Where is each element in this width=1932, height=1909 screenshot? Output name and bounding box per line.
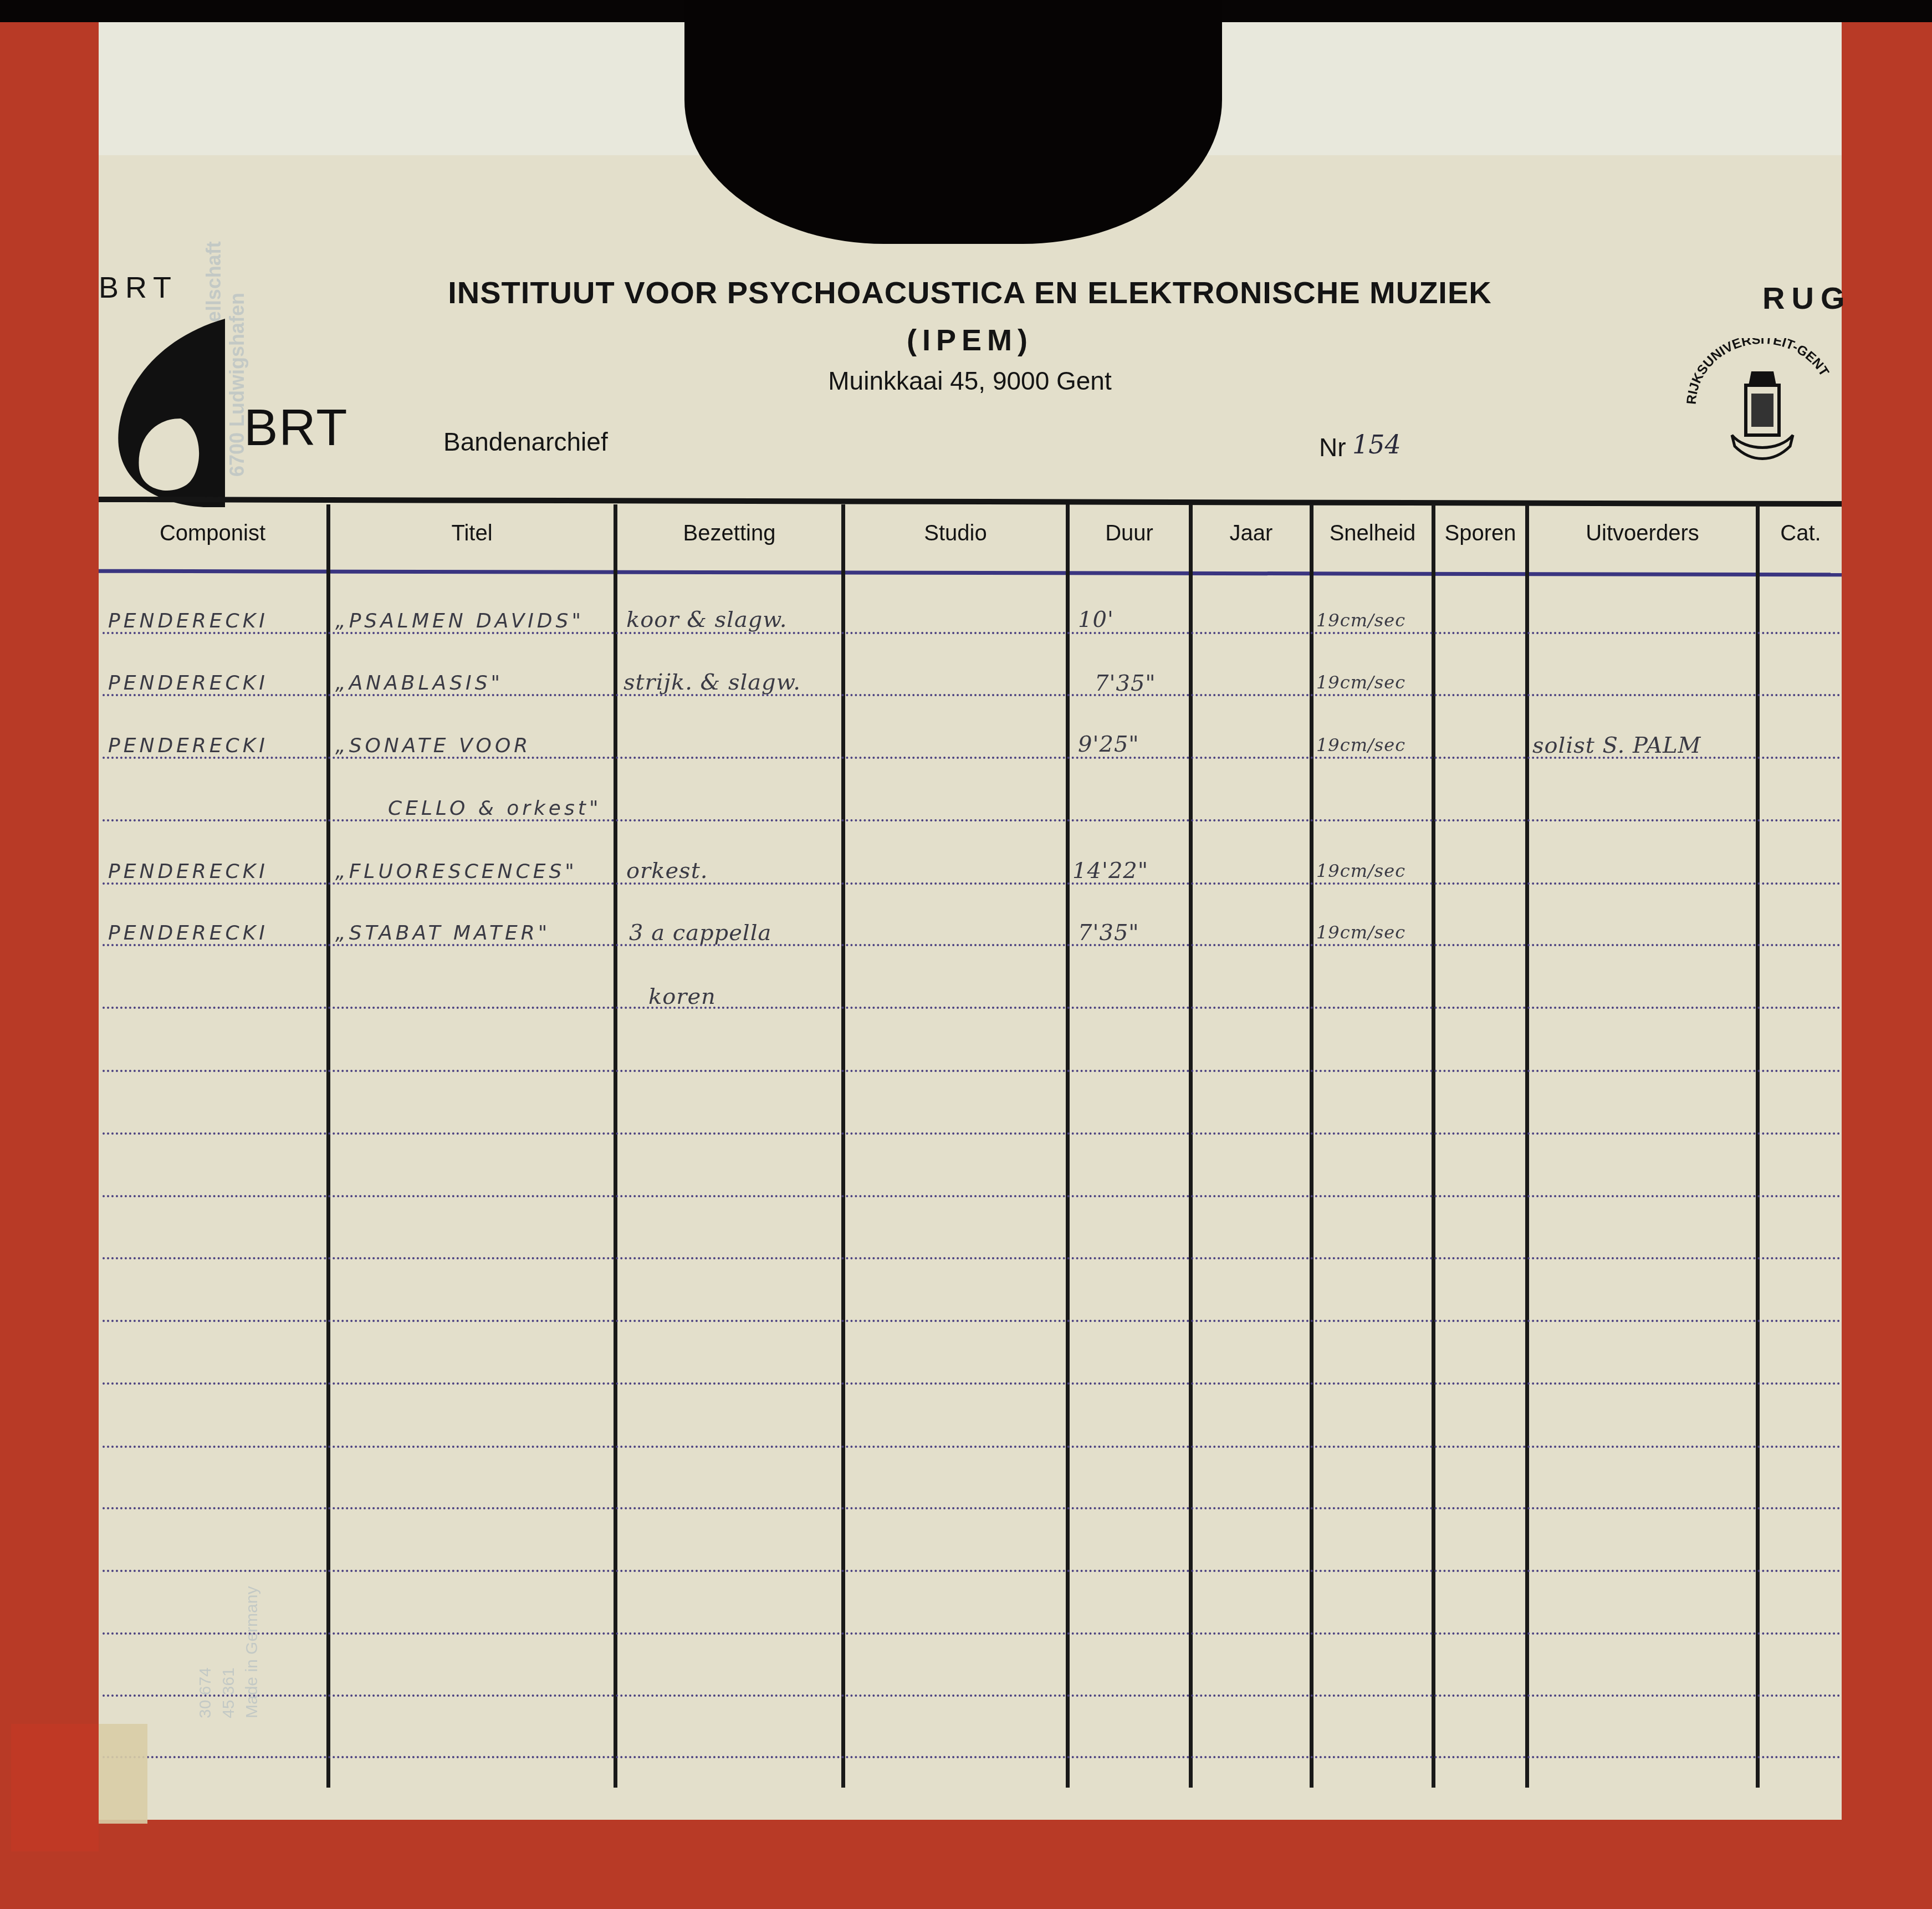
cell-componist: PENDERECKI bbox=[108, 922, 268, 945]
column-header-duur: Duur bbox=[1070, 521, 1189, 546]
cell-snelheid: 19cm/sec bbox=[1316, 610, 1405, 631]
row-rule bbox=[103, 1694, 1842, 1697]
row-rule bbox=[103, 1132, 1842, 1135]
column-header-cat: Cat. bbox=[1760, 521, 1842, 546]
row-rule bbox=[103, 1257, 1842, 1259]
cell-componist: PENDERECKI bbox=[108, 672, 268, 695]
column-divider bbox=[326, 504, 330, 1788]
column-divider bbox=[1432, 504, 1435, 1788]
column-divider bbox=[1310, 504, 1313, 1788]
column-divider bbox=[841, 504, 845, 1788]
column-divider bbox=[614, 504, 617, 1788]
cell-duur: 9'25" bbox=[1078, 732, 1139, 757]
row-rule bbox=[103, 1446, 1842, 1448]
row-rule bbox=[103, 1007, 1842, 1009]
column-header-sporen: Sporen bbox=[1435, 521, 1525, 546]
cell-bezetting: koren bbox=[648, 984, 716, 1009]
cell-titel: „SONATE VOOR bbox=[335, 734, 531, 757]
archive-label: Bandenarchief bbox=[443, 427, 608, 457]
column-header-bezetting: Bezetting bbox=[617, 521, 841, 546]
institute-name: INSTITUUT VOOR PSYCHOACUSTICA EN ELEKTRO… bbox=[388, 274, 1552, 310]
column-header-snelheid: Snelheid bbox=[1313, 521, 1432, 546]
institute-address: Muinkkaai 45, 9000 Gent bbox=[388, 366, 1552, 396]
row-rule bbox=[103, 1320, 1842, 1322]
cell-duur: 7'35" bbox=[1078, 920, 1139, 946]
row-rule bbox=[103, 1382, 1842, 1385]
number-label: Nr bbox=[1319, 432, 1346, 462]
watermark-line: 30 674 bbox=[194, 1519, 217, 1718]
cell-duur: 10' bbox=[1078, 607, 1114, 632]
row-rule bbox=[103, 819, 1842, 821]
cell-snelheid: 19cm/sec bbox=[1316, 922, 1405, 943]
row-rule bbox=[103, 1070, 1842, 1072]
column-divider bbox=[1066, 504, 1070, 1788]
cell-uitvoerders: solist S. PALM bbox=[1532, 733, 1701, 758]
cell-duur: 14'22" bbox=[1072, 858, 1148, 884]
brt-logo-icon bbox=[114, 319, 225, 507]
university-seal-icon: RIJKSUNIVERSITEIT-GENT bbox=[1679, 338, 1846, 471]
column-divider bbox=[1525, 504, 1529, 1788]
row-rule bbox=[103, 1632, 1842, 1635]
cell-titel: „ANABLASIS" bbox=[335, 672, 503, 695]
manufacturer-watermark-bottom: 30 674 45 361 Made in Germany bbox=[194, 1519, 264, 1718]
watermark-line: 45 361 bbox=[217, 1519, 241, 1718]
row-rule bbox=[103, 1195, 1842, 1197]
column-header-titel: Titel bbox=[330, 521, 614, 546]
brt-small-label: BRT bbox=[99, 270, 178, 305]
cell-titel: CELLO & orkest" bbox=[388, 797, 601, 820]
watermark-line: Made in Germany bbox=[241, 1519, 264, 1718]
cell-snelheid: 19cm/sec bbox=[1316, 734, 1405, 756]
institute-abbr: (IPEM) bbox=[388, 323, 1552, 358]
cell-bezetting: koor & slagw. bbox=[626, 607, 788, 632]
cell-duur: 7'35" bbox=[1095, 671, 1156, 696]
repair-tape-paper bbox=[99, 1724, 147, 1824]
cell-titel: „STABAT MATER" bbox=[335, 922, 550, 945]
column-divider bbox=[1189, 504, 1193, 1788]
cell-titel: „FLUORESCENCES" bbox=[335, 860, 577, 883]
row-rule bbox=[103, 1570, 1842, 1572]
cell-snelheid: 19cm/sec bbox=[1316, 860, 1405, 881]
thumb-cutout[interactable] bbox=[684, 0, 1222, 244]
column-header-studio: Studio bbox=[845, 521, 1066, 546]
cell-titel: „PSALMEN DAVIDS" bbox=[335, 610, 584, 632]
repair-tape-red bbox=[11, 1724, 99, 1851]
cell-bezetting: strijk. & slagw. bbox=[623, 670, 801, 695]
column-divider bbox=[1756, 504, 1760, 1788]
cell-snelheid: 19cm/sec bbox=[1316, 672, 1405, 693]
row-rule bbox=[103, 1756, 1842, 1758]
column-header-componist: Componist bbox=[99, 521, 326, 546]
cell-bezetting: 3 a cappella bbox=[629, 920, 771, 946]
university-abbr: RUG bbox=[1762, 280, 1851, 316]
number-value: 154 bbox=[1352, 430, 1401, 460]
cell-bezetting: orkest. bbox=[626, 858, 708, 884]
column-header-jaar: Jaar bbox=[1193, 521, 1310, 546]
brt-logo-text: BRT bbox=[244, 399, 348, 457]
cell-componist: PENDERECKI bbox=[108, 734, 268, 757]
cell-componist: PENDERECKI bbox=[108, 610, 268, 632]
row-rule bbox=[103, 1507, 1842, 1509]
cell-componist: PENDERECKI bbox=[108, 860, 268, 883]
column-header-uitvoerders: Uitvoerders bbox=[1529, 521, 1756, 546]
